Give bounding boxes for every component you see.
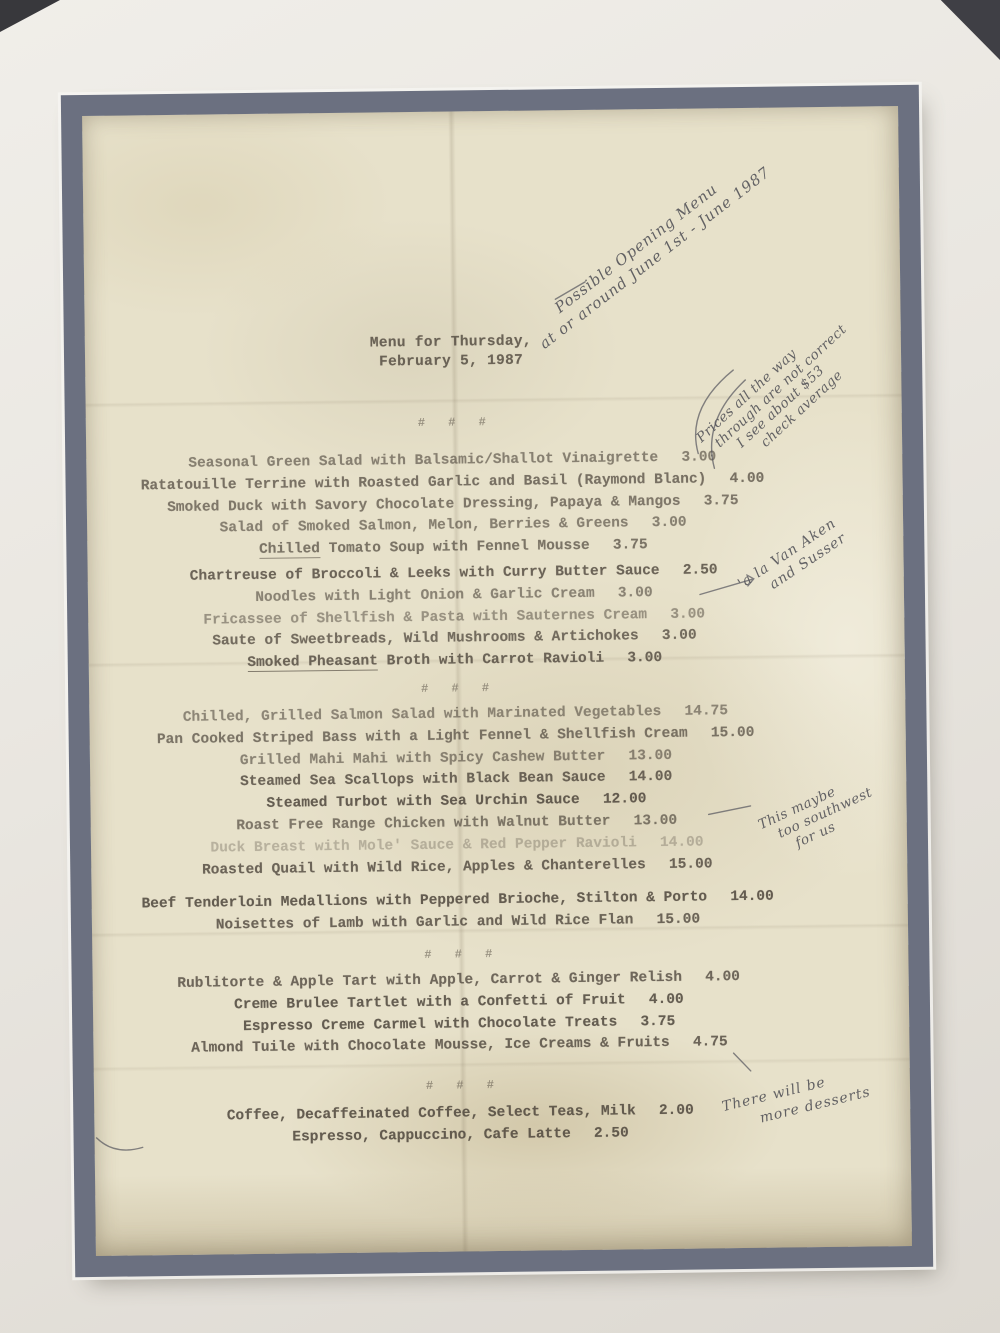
- menu-price: 15.00: [711, 725, 755, 742]
- photo-corner-shadow-top-left: [0, 0, 60, 32]
- menu-price: 14.00: [660, 834, 704, 851]
- section-divider: # # #: [82, 675, 863, 701]
- menu-price: 15.00: [657, 912, 701, 929]
- menu-price: 3.75: [704, 493, 739, 509]
- menu-price: 2.50: [683, 562, 718, 578]
- menu-price: 4.00: [649, 991, 684, 1007]
- menu-price: 3.00: [618, 585, 653, 601]
- menu-price: 15.00: [669, 856, 713, 873]
- menu-price: 13.00: [628, 747, 672, 764]
- menu-price: 13.00: [634, 813, 678, 830]
- typewritten-menu: Menu for Thursday, February 5, 1987 # # …: [82, 107, 869, 1153]
- menu-price: 14.75: [684, 703, 728, 720]
- menu-price: 3.00: [652, 515, 687, 531]
- menu-price: 2.00: [659, 1103, 694, 1119]
- menu-price: 3.75: [613, 537, 648, 553]
- menu-section-poultry: Roast Free Range Chicken with Walnut But…: [82, 808, 865, 883]
- menu-section-desserts: Rublitorte & Apple Tart with Apple, Carr…: [82, 965, 868, 1062]
- menu-price: 3.00: [670, 606, 705, 622]
- photo-corner-shadow-top-right: [924, 0, 1000, 60]
- menu-price: 3.00: [627, 650, 662, 666]
- menu-price: 2.50: [594, 1125, 629, 1141]
- menu-price: 3.75: [640, 1013, 675, 1029]
- picture-frame-mat: Menu for Thursday, February 5, 1987 # # …: [61, 85, 933, 1277]
- section-divider: # # #: [82, 941, 866, 967]
- menu-section-fish: Chilled, Grilled Salmon Salad with Marin…: [82, 699, 865, 818]
- photo-of-framed-menu: Menu for Thursday, February 5, 1987 # # …: [0, 0, 1000, 1333]
- menu-price: 14.00: [629, 769, 673, 786]
- menu-section-meat: Beef Tenderloin Medallions with Peppered…: [82, 886, 866, 940]
- menu-price: 12.00: [603, 791, 647, 808]
- menu-price: 3.00: [662, 628, 697, 644]
- menu-price: 4.75: [693, 1035, 728, 1051]
- menu-price: 4.00: [705, 969, 740, 985]
- menu-title: Menu for Thursday, February 5, 1987: [82, 329, 859, 376]
- menu-document: Menu for Thursday, February 5, 1987 # # …: [82, 106, 912, 1256]
- menu-body: # # #Seasonal Green Salad with Balsamic/…: [82, 410, 869, 1153]
- menu-price: 14.00: [730, 889, 774, 906]
